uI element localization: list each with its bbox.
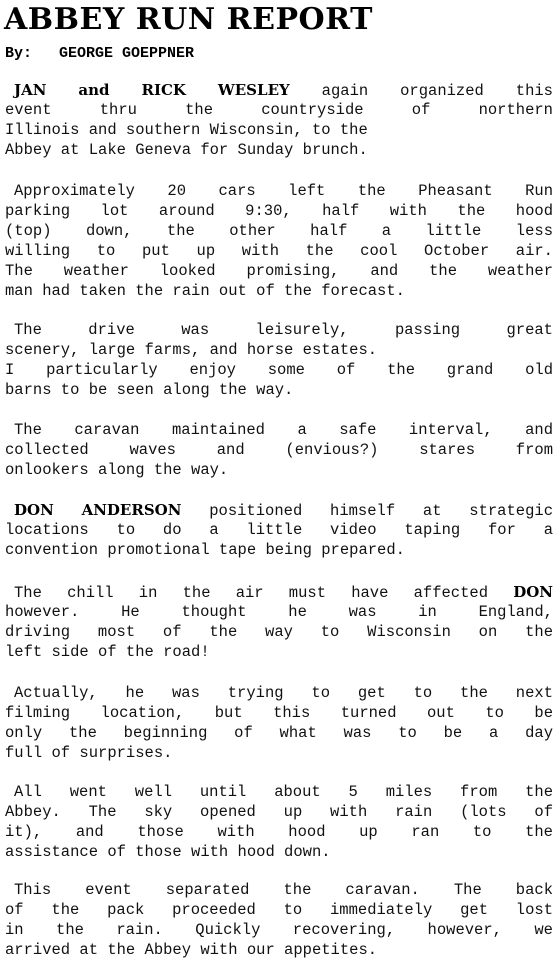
text-line: scenery, large farms, and horse estates. bbox=[5, 340, 553, 360]
byline: By: GEORGE GOEPPNER bbox=[5, 45, 194, 62]
article-title: ABBEY RUN REPORT bbox=[4, 2, 373, 38]
text-line: it), and those with hood up ran to the bbox=[5, 822, 553, 842]
text-line: left side of the road! bbox=[5, 642, 553, 662]
text-line: full of surprises. bbox=[5, 743, 553, 763]
text-line: locations to do a little video taping fo… bbox=[5, 520, 553, 540]
text-line: convention promotional tape being prepar… bbox=[5, 540, 553, 560]
bold-name: DON bbox=[14, 501, 54, 519]
bold-name: RICK bbox=[141, 81, 185, 99]
text-line: This event separated the caravan. The ba… bbox=[14, 880, 553, 900]
text-line: filming location, but this turned out to… bbox=[5, 703, 553, 723]
text-line: willing to put up with the cool October … bbox=[5, 241, 553, 261]
text-line: parking lot around 9:30, half with the h… bbox=[5, 201, 553, 221]
text-line: Approximately 20 cars left the Pheasant … bbox=[14, 181, 553, 201]
text-line: barns to be seen along the way. bbox=[5, 380, 553, 400]
text-line: event thru the countryside of northern bbox=[5, 100, 553, 120]
text-line: Illinois and southern Wisconsin, to the bbox=[5, 120, 553, 140]
text-line: I particularly enjoy some of the grand o… bbox=[5, 360, 553, 380]
bold-name: DON bbox=[513, 583, 553, 601]
bold-name: WESLEY bbox=[218, 81, 290, 99]
text-line: The caravan maintained a safe interval, … bbox=[14, 420, 553, 440]
bold-name: and bbox=[78, 81, 109, 99]
text-line: onlookers along the way. bbox=[5, 460, 553, 480]
text-line: collected waves and (envious?) stares fr… bbox=[5, 440, 553, 460]
text-line: Abbey. The sky opened up with rain (lots… bbox=[5, 802, 553, 822]
text-line: assistance of those with hood down. bbox=[5, 842, 553, 862]
text-line: All went well until about 5 miles from t… bbox=[14, 782, 553, 802]
text-line: however. He thought he was in England, bbox=[5, 602, 553, 622]
text-line: (top) down, the other half a little less bbox=[5, 221, 553, 241]
text-line: of the pack proceeded to immediately get… bbox=[5, 900, 553, 920]
text-line: in the rain. Quickly recovering, however… bbox=[5, 920, 553, 940]
text-line: The weather looked promising, and the we… bbox=[5, 261, 553, 281]
text-line: driving most of the way to Wisconsin on … bbox=[5, 622, 553, 642]
text-line: only the beginning of what was to be a d… bbox=[5, 723, 553, 743]
text-line: Actually, he was trying to get to the ne… bbox=[14, 683, 553, 703]
bold-name: JAN bbox=[14, 81, 46, 99]
bold-name: ANDERSON bbox=[82, 501, 182, 519]
text-line: The chill in the air must have affected … bbox=[14, 582, 553, 602]
text-line: Abbey at Lake Geneva for Sunday brunch. bbox=[5, 140, 553, 160]
text-line: JAN and RICK WESLEY again organized this bbox=[14, 80, 553, 100]
text-line: DON ANDERSON positioned himself at strat… bbox=[14, 500, 553, 520]
text-line: arrived at the Abbey with our appetites. bbox=[5, 940, 553, 960]
text-line: man had taken the rain out of the foreca… bbox=[5, 281, 553, 301]
text-line: The drive was leisurely, passing great bbox=[14, 320, 553, 340]
